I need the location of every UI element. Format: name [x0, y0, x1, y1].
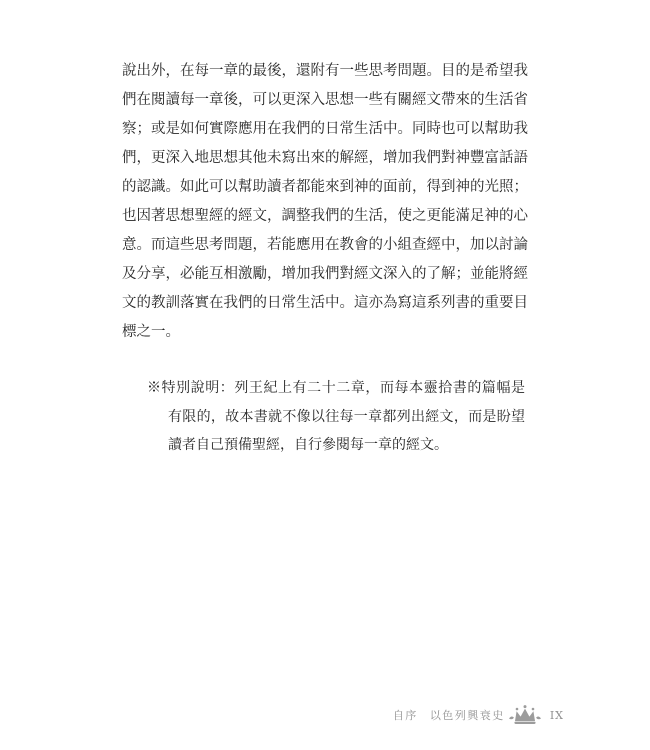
- special-note: ※特別說明：列王紀上有二十二章，而每本靈拾書的篇幅是 有限的，故本書就不像以往每…: [147, 374, 525, 460]
- footer-section-title: 自序: [393, 707, 418, 723]
- footer-book-title: 以色列興衰史: [430, 707, 505, 723]
- book-page: 說出外，在每一章的最後，還附有一些思考問題。目的是希望我 們在閱讀每一章後，可以…: [0, 0, 650, 750]
- note-line: ※特別說明：列王紀上有二十二章，而每本靈拾書的篇幅是: [147, 374, 525, 403]
- paragraph-line: 意。而這些思考問題，若能應用在教會的小組查經中，加以討論: [122, 231, 528, 260]
- paragraph-line: 及分享，必能互相激勵，增加我們對經文深入的了解；並能將經: [122, 260, 528, 289]
- paragraph-line: 們在閱讀每一章後，可以更深入思想一些有關經文帶來的生活省: [122, 86, 528, 115]
- main-paragraph: 說出外，在每一章的最後，還附有一些思考問題。目的是希望我 們在閱讀每一章後，可以…: [122, 57, 528, 347]
- note-line: 有限的，故本書就不像以往每一章都列出經文，而是盼望: [147, 403, 525, 432]
- paragraph-line: 們，更深入地思想其他未寫出來的解經，增加我們對神豐富話語: [122, 144, 528, 173]
- note-line: 讀者自己預備聖經，自行參閱每一章的經文。: [147, 431, 525, 460]
- paragraph-line: 說出外，在每一章的最後，還附有一些思考問題。目的是希望我: [122, 57, 528, 86]
- crown-icon: [507, 704, 543, 726]
- footer-page-number: IX: [550, 709, 564, 722]
- paragraph-line: 也因著思想聖經的經文，調整我們的生活，使之更能滿足神的心: [122, 202, 528, 231]
- page-footer: 自序 以色列興衰史 IX: [393, 704, 564, 726]
- paragraph-line: 文的教訓落實在我們的日常生活中。這亦為寫這系列書的重要目: [122, 289, 528, 318]
- paragraph-line: 標之一。: [122, 318, 528, 347]
- paragraph-line: 的認識。如此可以幫助讀者都能來到神的面前，得到神的光照；: [122, 173, 528, 202]
- paragraph-line: 察；或是如何實際應用在我們的日常生活中。同時也可以幫助我: [122, 115, 528, 144]
